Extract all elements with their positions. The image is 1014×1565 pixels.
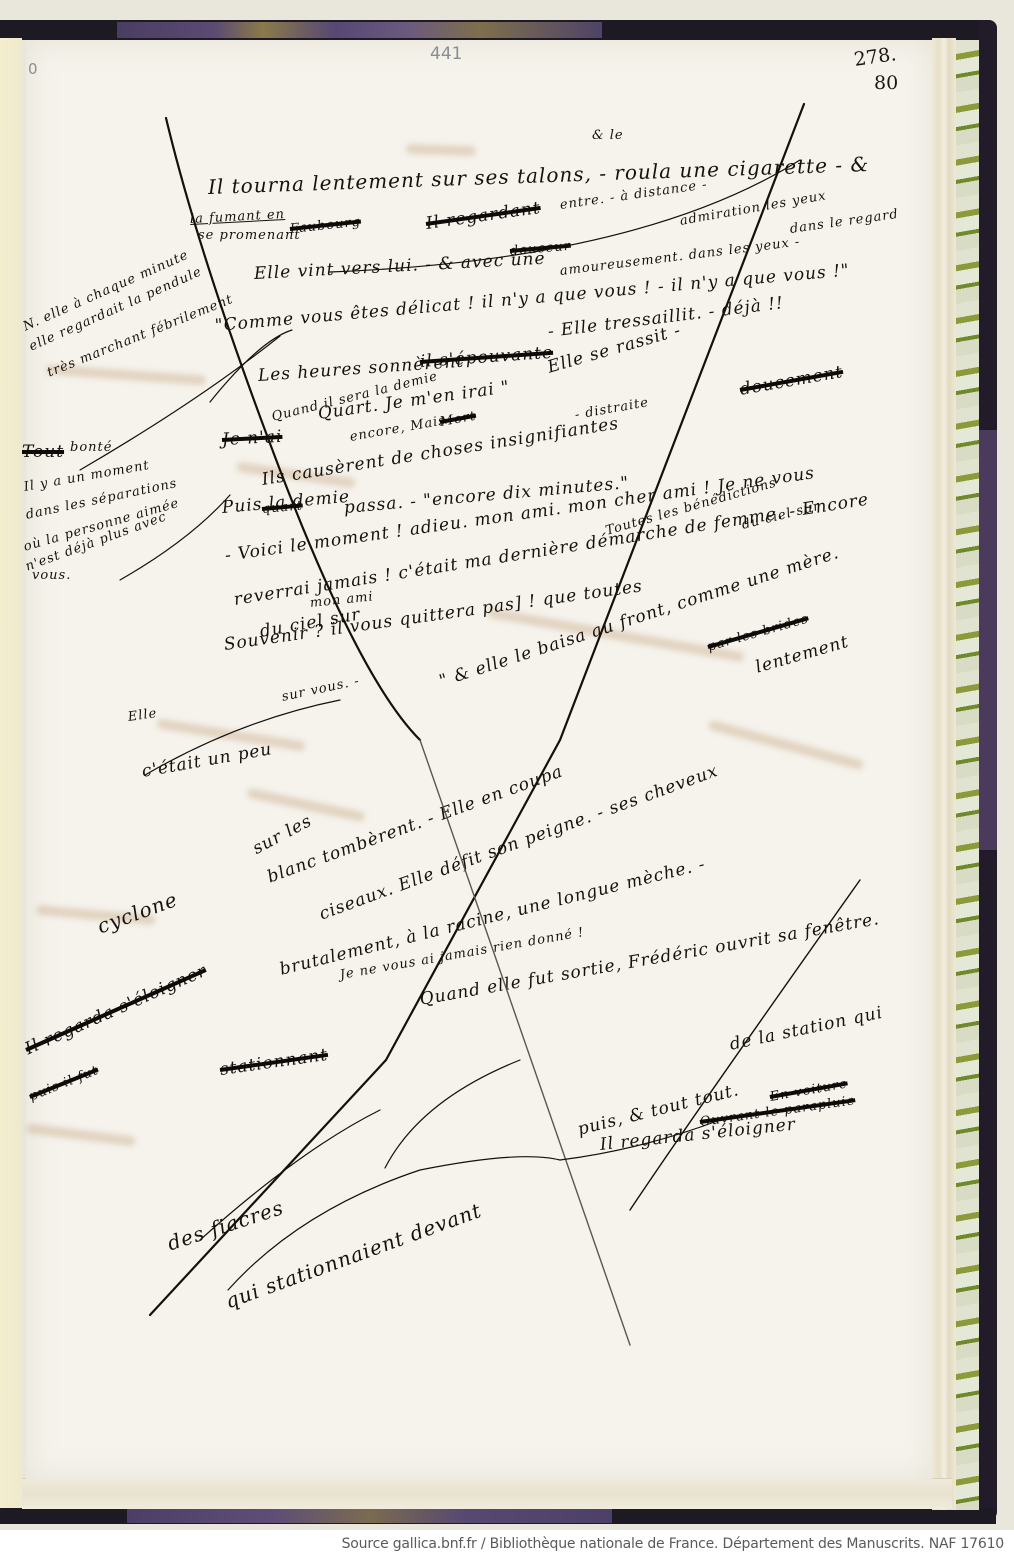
page-left-edge	[0, 38, 22, 1508]
binding-right-edge	[979, 20, 997, 1520]
struck-word: Je n'ai	[221, 427, 282, 450]
marbled-strip-top	[117, 22, 602, 38]
margin-note: vous.	[32, 568, 71, 583]
ink-stain	[707, 719, 864, 770]
folio-number-bottom: 80	[874, 72, 898, 94]
ink-stain	[26, 1123, 136, 1146]
struck-word: Tout	[22, 442, 64, 462]
marbled-strip-bottom	[127, 1509, 612, 1523]
binding-top-edge	[0, 20, 996, 40]
manuscript-line: se promenant	[198, 228, 301, 243]
stacked-leaf-edges-right	[932, 38, 956, 1510]
interlinear-insertion: & le	[592, 128, 624, 143]
source-credit: Source gallica.bnf.fr / Bibliothèque nat…	[0, 1536, 1004, 1552]
pencil-folio-number: 441	[430, 44, 462, 64]
stacked-leaf-edges-bottom	[22, 1478, 952, 1509]
binding-bottom-edge	[0, 1508, 996, 1524]
binding-purple-section	[979, 430, 997, 850]
margin-note: bonté	[70, 440, 112, 455]
ink-stain	[406, 144, 476, 156]
corner-mark: 0	[28, 60, 38, 78]
marbled-endpaper	[955, 40, 979, 1510]
